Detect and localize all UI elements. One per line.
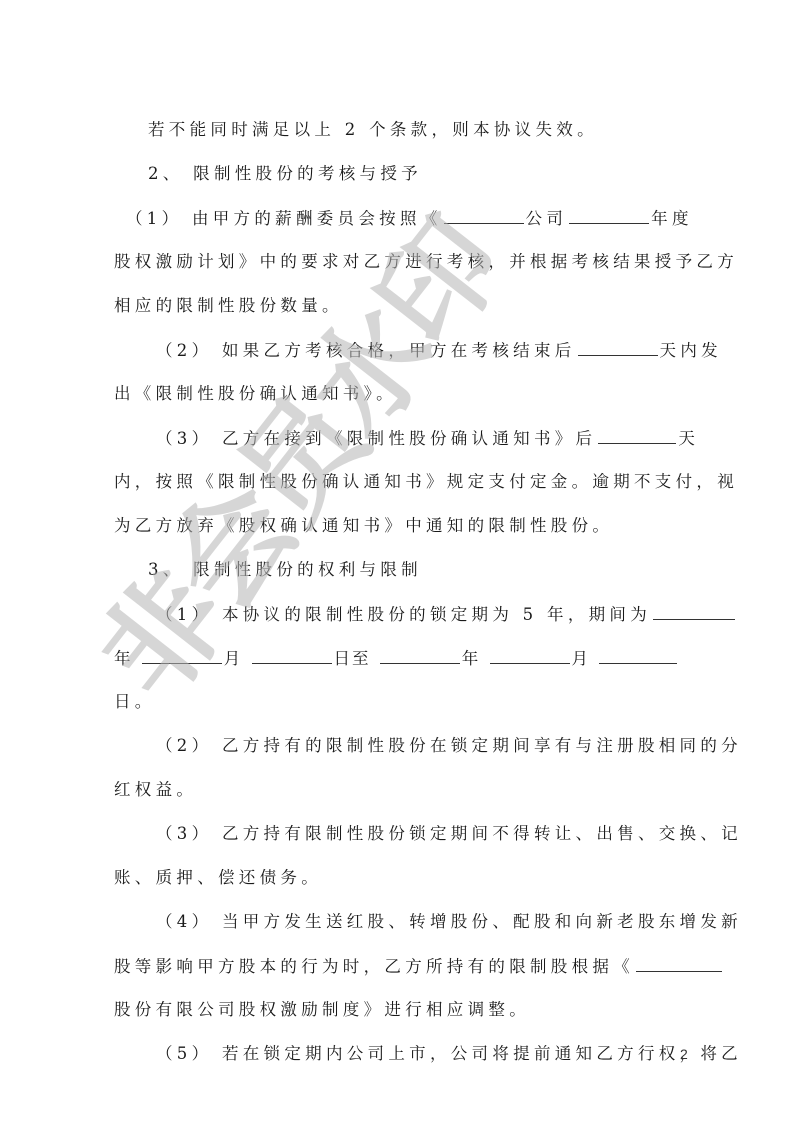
text: 股等影响甲方股本的行为时，乙方所持有的限制股根据《	[114, 957, 634, 976]
section-number: 2、	[148, 164, 184, 183]
text: 公司	[526, 209, 568, 228]
section-number: 3、	[148, 560, 184, 579]
fill-blank-day[interactable]	[252, 647, 332, 664]
section-heading-3: 3、 限制性股份的权利与限制	[148, 559, 721, 581]
paragraph-line: 日。	[114, 691, 687, 713]
text: 日。	[114, 692, 156, 711]
paragraph-line: 相应的限制性股份数量。	[114, 295, 687, 317]
paragraph-line: （1） 本协议的限制性股份的锁定期为 5 年，期间为	[156, 603, 729, 625]
text: 若不能同时满足以上 2 个条款，则本协议失效。	[148, 120, 598, 139]
date-range-line: 年 月 日至 年 月	[114, 647, 687, 669]
text: 年	[462, 649, 481, 668]
paragraph-line: 为乙方放弃《股权确认通知书》中通知的限制性股份。	[114, 515, 687, 537]
fill-blank-year[interactable]	[380, 647, 460, 664]
paragraph-line: （5） 若在锁定期内公司上市，公司将提前通知乙方行权，将乙	[156, 1043, 729, 1065]
paragraph-line: （1） 由甲方的薪酬委员会按照《公司年度	[126, 207, 699, 229]
text: 月	[572, 649, 591, 668]
fill-blank-day[interactable]	[599, 647, 677, 664]
fill-blank-month[interactable]	[142, 647, 222, 664]
paragraph-line: 股份有限公司股权激励制度》进行相应调整。	[114, 999, 687, 1021]
paragraph-line: 红权益。	[114, 779, 687, 801]
paragraph-line: （3） 乙方在接到《限制性股份确认通知书》后天	[156, 427, 729, 449]
text: 年度	[651, 209, 693, 228]
paragraph-line: 出《限制性股份确认通知书》。	[114, 383, 687, 405]
text: 月	[224, 649, 243, 668]
fill-blank-month[interactable]	[490, 647, 570, 664]
text: 内，按照《限制性股份确认通知书》规定支付定金。逾期不支付，视	[114, 472, 738, 491]
text: （5） 若在锁定期内公司上市，公司将提前通知乙方行权，将乙	[156, 1044, 742, 1063]
text: 年	[114, 649, 133, 668]
text: 相应的限制性股份数量。	[114, 296, 343, 315]
text: （2） 如果乙方考核合格，甲方在考核结束后	[156, 341, 576, 360]
text: 股权激励计划》中的要求对乙方进行考核，并根据考核结果授予乙方	[114, 252, 738, 271]
document-page: 若不能同时满足以上 2 个条款，则本协议失效。 2、 限制性股份的考核与授予 （…	[0, 0, 800, 1131]
fill-blank[interactable]	[598, 427, 676, 444]
paragraph-line: （2） 如果乙方考核合格，甲方在考核结束后天内发	[156, 339, 729, 361]
text: （3） 乙方持有限制性股份锁定期间不得转让、出售、交换、记	[156, 824, 742, 843]
paragraph-line: 股等影响甲方股本的行为时，乙方所持有的限制股根据《	[114, 955, 687, 977]
text: （2） 乙方持有的限制性股份在锁定期间享有与注册股相同的分	[156, 736, 742, 755]
text: 出《限制性股份确认通知书》。	[114, 384, 397, 403]
text: 天	[678, 429, 699, 448]
paragraph-line: 若不能同时满足以上 2 个条款，则本协议失效。	[148, 119, 688, 141]
paragraph-line: 内，按照《限制性股份确认通知书》规定支付定金。逾期不支付，视	[114, 471, 687, 493]
fill-blank[interactable]	[578, 339, 658, 356]
paragraph-line: 股权激励计划》中的要求对乙方进行考核，并根据考核结果授予乙方	[114, 251, 687, 273]
section-title: 限制性股份的权利与限制	[193, 560, 422, 579]
text: （1） 本协议的限制性股份的锁定期为 5 年，期间为	[156, 605, 651, 624]
text: 天内发	[660, 341, 722, 360]
page-number: 2	[680, 1046, 688, 1062]
text: （3） 乙方在接到《限制性股份确认通知书》后	[156, 429, 596, 448]
paragraph-line: （2） 乙方持有的限制性股份在锁定期间享有与注册股相同的分	[156, 735, 729, 757]
text: 红权益。	[114, 780, 197, 799]
text: （4） 当甲方发生送红股、转增股份、配股和向新老股东增发新	[156, 912, 742, 931]
paragraph-line: （3） 乙方持有限制性股份锁定期间不得转让、出售、交换、记	[156, 823, 729, 845]
fill-blank[interactable]	[653, 603, 735, 620]
fill-blank[interactable]	[636, 955, 722, 972]
text: 股份有限公司股权激励制度》进行相应调整。	[114, 1000, 530, 1019]
fill-blank[interactable]	[569, 207, 649, 224]
text: 日至	[334, 649, 371, 668]
paragraph-line: 账、质押、偿还债务。	[114, 867, 687, 889]
section-title: 限制性股份的考核与授予	[193, 164, 422, 183]
fill-blank[interactable]	[444, 207, 524, 224]
text: 账、质押、偿还债务。	[114, 868, 322, 887]
text: （1） 由甲方的薪酬委员会按照《	[126, 209, 442, 228]
paragraph-line: （4） 当甲方发生送红股、转增股份、配股和向新老股东增发新	[156, 911, 729, 933]
text: 为乙方放弃《股权确认通知书》中通知的限制性股份。	[114, 516, 613, 535]
section-heading-2: 2、 限制性股份的考核与授予	[148, 163, 721, 185]
